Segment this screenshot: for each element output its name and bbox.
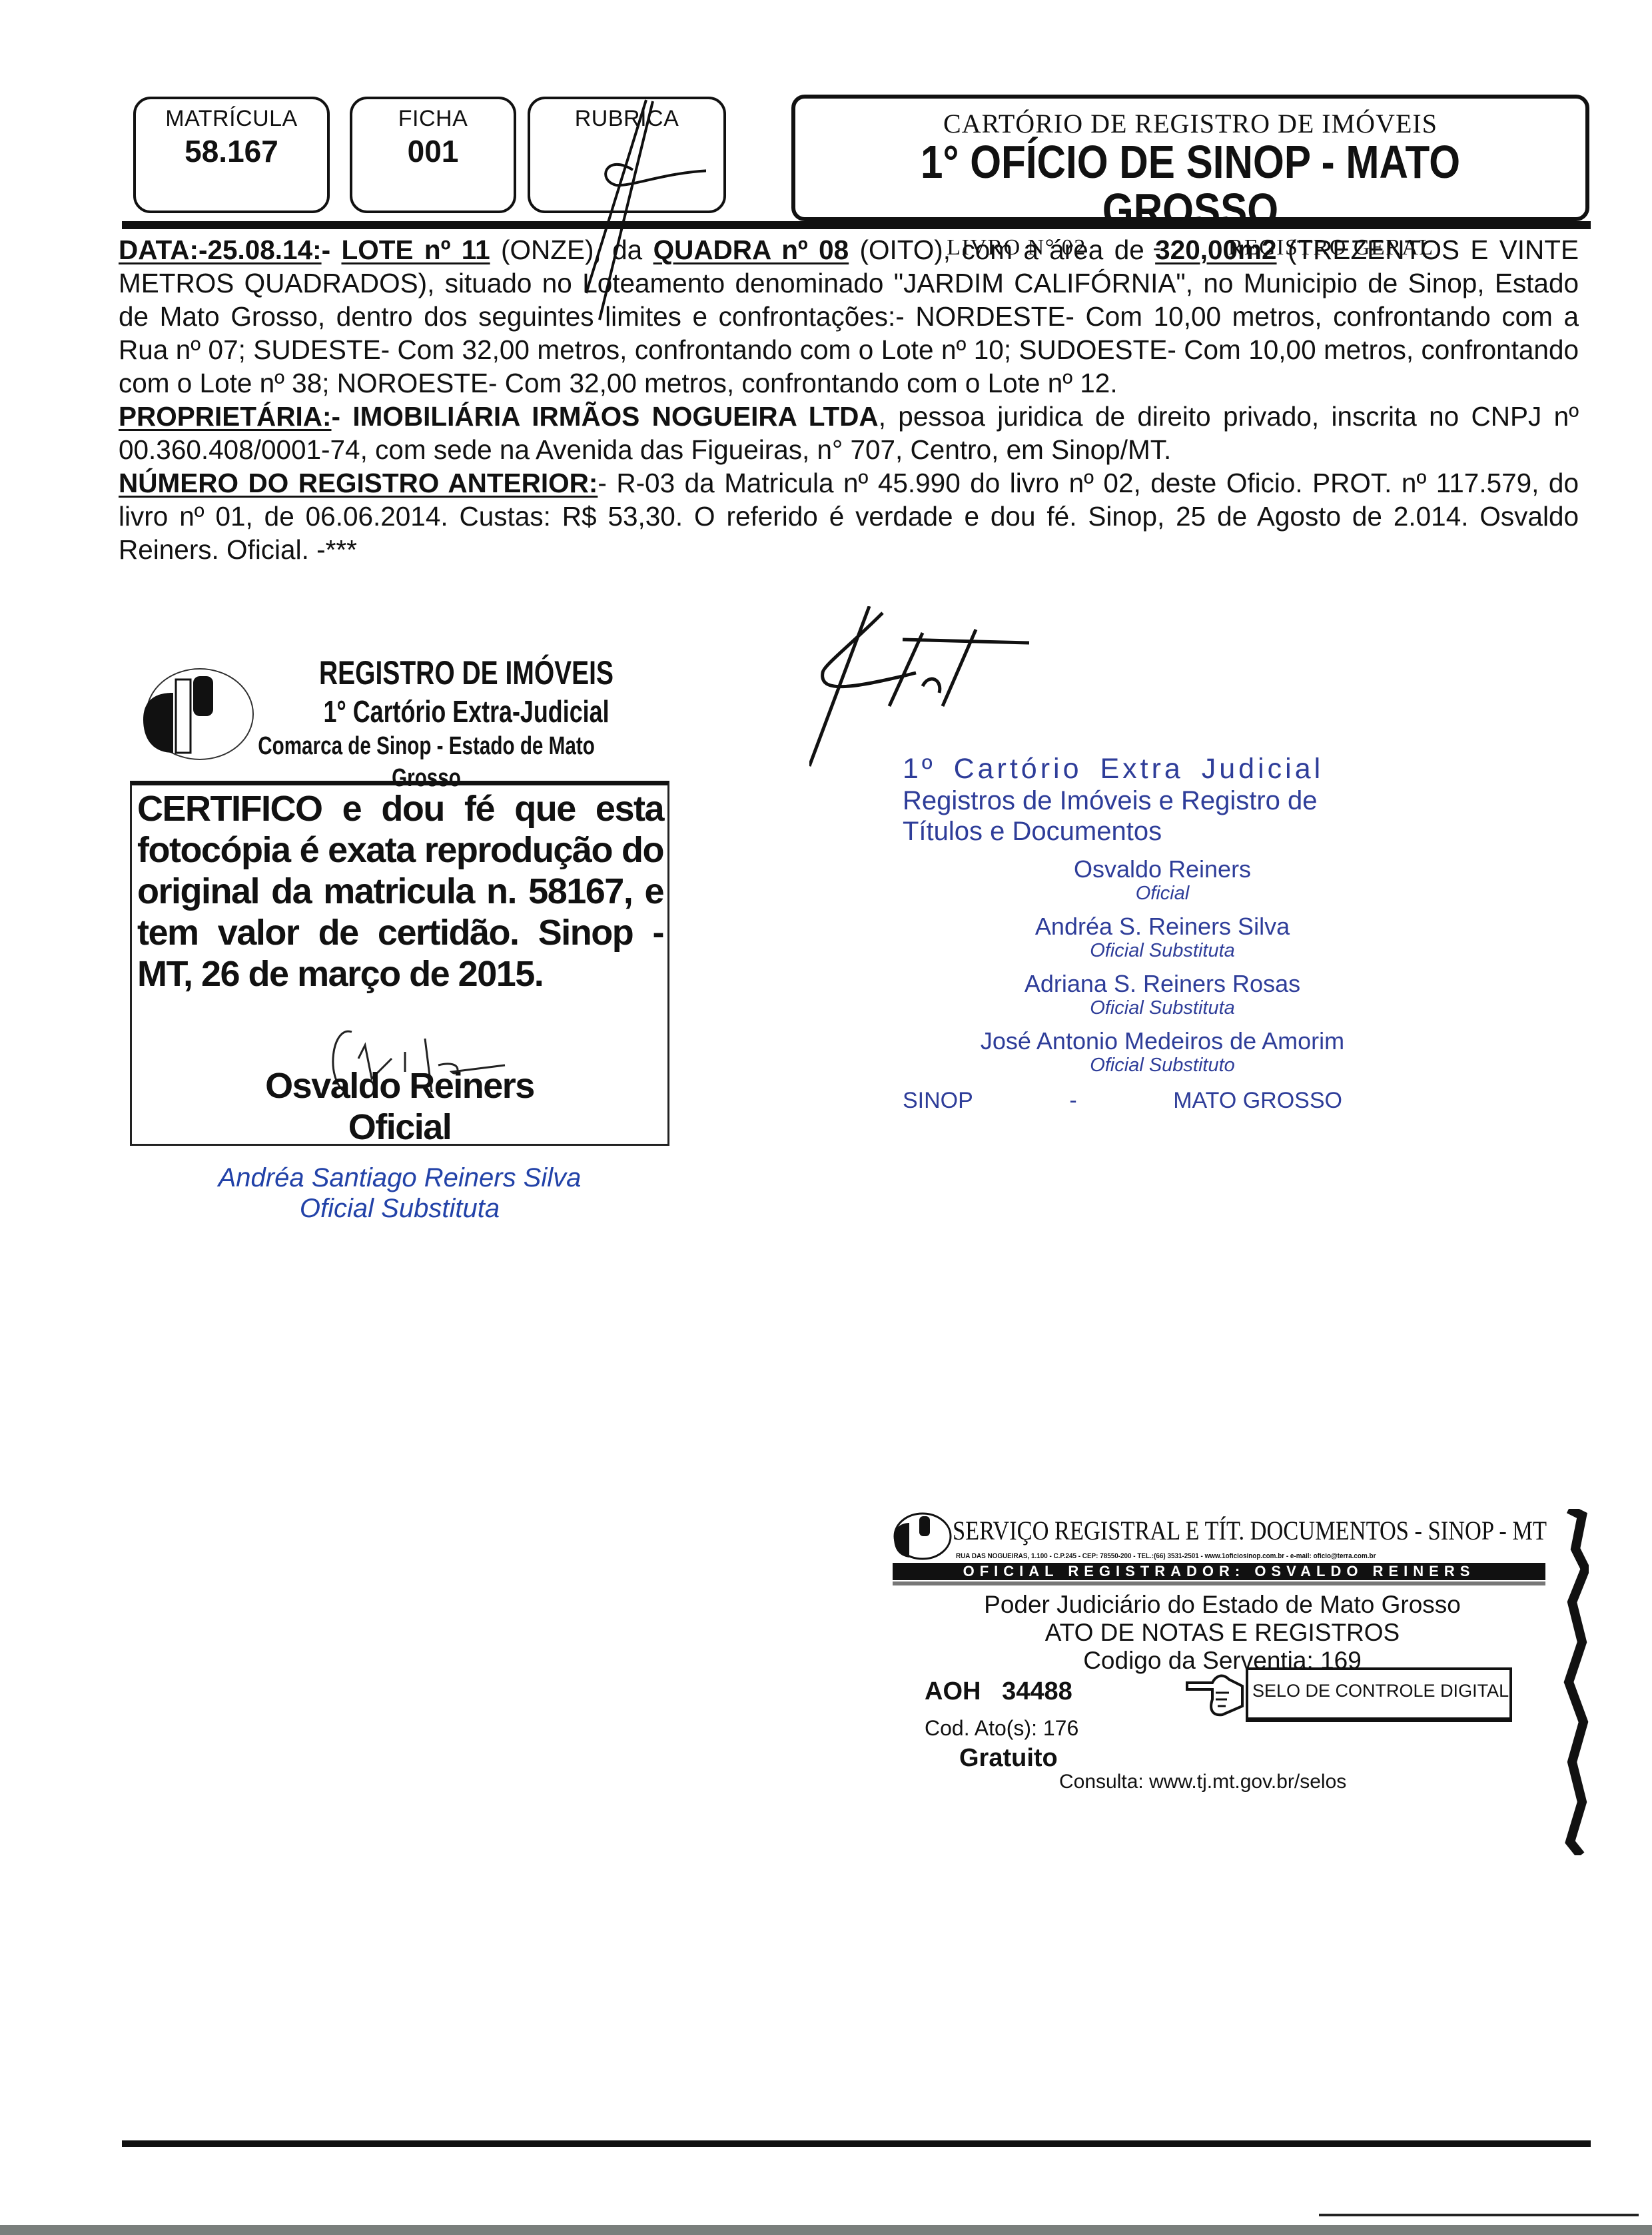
official-name: Osvaldo Reiners xyxy=(963,856,1362,883)
footer-divider xyxy=(122,2140,1591,2147)
signer-name: Osvaldo Reiners xyxy=(132,1065,667,1107)
substitute-role: Oficial Substituta xyxy=(167,1193,633,1224)
blue-registry-stamp: 1º Cartório Extra Judicial Registros de … xyxy=(903,753,1356,1114)
pointing-hand-icon xyxy=(1186,1669,1246,1717)
registry-title-box: CARTÓRIO DE REGISTRO DE IMÓVEIS 1° OFÍCI… xyxy=(791,95,1589,221)
bar-underline xyxy=(893,1581,1545,1585)
ficha-value: 001 xyxy=(352,133,514,169)
proprietaria-label: PROPRIETÁRIA: xyxy=(119,401,332,432)
official-role: Oficial Substituta xyxy=(963,940,1362,961)
area-value: 320,00m2 xyxy=(1155,234,1276,265)
certificate-box: CERTIFICO e dou fé que esta fotocópia é … xyxy=(130,781,669,1146)
registrador-bar: OFICIAL REGISTRADOR: OSVALDO REINERS xyxy=(893,1563,1545,1580)
separator: - xyxy=(1069,1088,1076,1114)
selo-code: AOH 34488 xyxy=(925,1677,1072,1706)
paragraph-previous-registry: NÚMERO DO REGISTRO ANTERIOR:- R-03 da Ma… xyxy=(119,466,1579,566)
page-edge-mark-icon xyxy=(1562,1509,1589,1855)
matricula-label: MATRÍCULA xyxy=(136,106,327,132)
gratuito-label: Gratuito xyxy=(959,1744,1058,1773)
stamp-header: REGISTRO DE IMÓVEIS 1° Cartório Extra-Ju… xyxy=(266,653,666,794)
data-label: DATA:-25.08.14: xyxy=(119,234,322,265)
text: (ONZE), da xyxy=(490,234,653,265)
state: MATO GROSSO xyxy=(1173,1088,1342,1114)
city: SINOP xyxy=(903,1088,973,1114)
registry-line1: CARTÓRIO DE REGISTRO DE IMÓVEIS xyxy=(795,108,1585,139)
certificate-signer: Osvaldo Reiners Oficial xyxy=(132,1065,667,1148)
signer-role: Oficial xyxy=(132,1107,667,1148)
digital-seal-box: SELO DE CONTROLE DIGITAL xyxy=(1246,1667,1512,1722)
service-title: SERVIÇO REGISTRAL E TÍT. DOCUMENTOS - SI… xyxy=(953,1515,1547,1546)
lote-label: LOTE nº 11 xyxy=(341,234,490,265)
official-name: Adriana S. Reiners Rosas xyxy=(963,971,1362,997)
oficio-small-logo-icon xyxy=(886,1511,953,1562)
paragraph-owner: PROPRIETÁRIA:- IMOBILIÁRIA IRMÃOS NOGUEI… xyxy=(119,400,1579,466)
selo-body: Poder Judiciário do Estado de Mato Gross… xyxy=(886,1591,1559,1811)
scan-edge xyxy=(0,2225,1652,2235)
stamp-header1: 1º Cartório Extra Judicial xyxy=(903,753,1356,785)
stamp-header2: Registros de Imóveis e Registro de Títul… xyxy=(903,785,1356,847)
registro-anterior-label: NÚMERO DO REGISTRO ANTERIOR: xyxy=(119,468,598,498)
certificate-text: CERTIFICO e dou fé que esta fotocópia é … xyxy=(137,788,663,995)
text: (OITO), com a área de xyxy=(849,234,1155,265)
paragraph-property: DATA:-25.08.14:- LOTE nº 11 (ONZE), da Q… xyxy=(119,233,1579,400)
substitute-stamp: Andréa Santiago Reiners Silva Oficial Su… xyxy=(167,1162,633,1224)
selo-line2: ATO DE NOTAS E REGISTROS xyxy=(886,1619,1559,1647)
official-role: Oficial xyxy=(963,883,1362,904)
official-signature-icon xyxy=(809,606,1209,773)
officials-list: Osvaldo Reiners Oficial Andréa S. Reiner… xyxy=(963,856,1362,1076)
stamp-title: REGISTRO DE IMÓVEIS xyxy=(310,653,622,693)
ficha-label: FICHA xyxy=(352,106,514,132)
owner-name: - IMOBILIÁRIA IRMÃOS NOGUEIRA LTDA xyxy=(332,401,879,432)
matricula-box: MATRÍCULA 58.167 xyxy=(133,97,330,213)
registry-line2: 1° OFÍCIO DE SINOP - MATO GROSSO xyxy=(851,138,1530,234)
cod-ato: Cod. Ato(s): 176 xyxy=(925,1716,1078,1741)
official-name: José Antonio Medeiros de Amorim xyxy=(963,1028,1362,1055)
official-role: Oficial Substituto xyxy=(963,1055,1362,1076)
quadra-label: QUADRA nº 08 xyxy=(653,234,849,265)
selo-header: SERVIÇO REGISTRAL E TÍT. DOCUMENTOS - SI… xyxy=(886,1511,1559,1591)
stamp-subtitle: 1° Cartório Extra-Judicial xyxy=(310,693,622,730)
ficha-box: FICHA 001 xyxy=(350,97,516,213)
service-address: RUA DAS NOGUEIRAS, 1.100 - C.P.245 - CEP… xyxy=(956,1552,1376,1560)
stamp-footer: SINOP - MATO GROSSO xyxy=(903,1088,1342,1114)
official-name: Andréa S. Reiners Silva xyxy=(963,913,1362,940)
selo-line1: Poder Judiciário do Estado de Mato Gross… xyxy=(886,1591,1559,1619)
substitute-name: Andréa Santiago Reiners Silva xyxy=(167,1162,633,1193)
matricula-value: 58.167 xyxy=(136,133,327,169)
registration-body: DATA:-25.08.14:- LOTE nº 11 (ONZE), da Q… xyxy=(119,233,1579,566)
dash: - xyxy=(322,234,342,265)
consulta-url: Consulta: www.tj.mt.gov.br/selos xyxy=(1059,1771,1346,1793)
footer-divider-short xyxy=(1319,2214,1639,2216)
header-divider xyxy=(122,221,1591,229)
official-role: Oficial Substituta xyxy=(963,997,1362,1019)
